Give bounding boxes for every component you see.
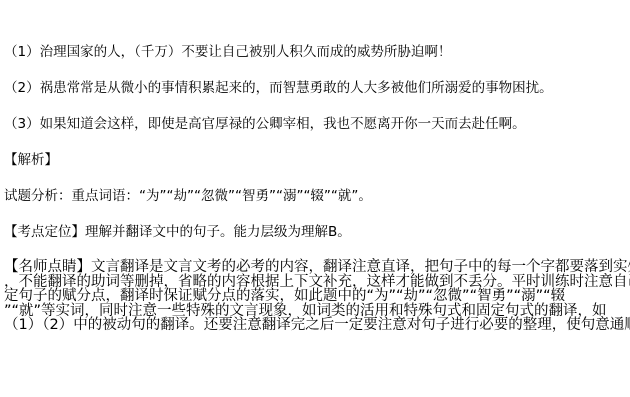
answer-line-2: （2）祸患常常是从微小的事情积累起来的，而智慧勇敢的人大多被他们所溺爱的事物困扰… [4, 80, 629, 96]
teacher-tips-line-1: 【名师点睛】文言翻译是文言文考的必考的内容，翻译注意直译，把句子中的每一个字都要… [4, 260, 629, 275]
teacher-tips-line-5: （1）（2）中的被动句的翻译。还要注意翻译完之后一定要注意对句子进行必要的整理，… [4, 318, 629, 333]
question-analysis-text: 试题分析：重点词语：“为”“劫”“忽微”“智勇”“溺”“辍”“就”。 [4, 188, 629, 204]
answer-line-3: （3）如果知道会这样，即使是高官厚禄的公卿宰相，我也不愿离开你一天而去赴任啊。 [4, 116, 629, 132]
analysis-section-header: 【解析】 [4, 152, 629, 168]
exam-point-location-text: 【考点定位】理解并翻译文中的句子。能力层级为理解B。 [4, 224, 629, 240]
exam-answer-document: （1）治理国家的人，（千万）不要让自己被别人积久而成的威势所胁迫啊！ （2）祸患… [0, 0, 630, 397]
teacher-tips-line-3: 定句子的赋分点，翻译时保证赋分点的落实，如此题中的“为”“劫”“忽微”“智勇”“… [4, 289, 629, 304]
answer-line-1: （1）治理国家的人，（千万）不要让自己被别人积久而成的威势所胁迫啊！ [4, 44, 629, 60]
teacher-tips-line-4: ”“就”等实词，同时注意一些特殊的文言现象，如词类的活用和特殊句式和固定句式的翻… [4, 304, 629, 319]
teacher-tips-line-2: ，不能翻译的助词等删掉，省略的内容根据上下文补充，这样才能做到不丢分。平时训练时… [4, 275, 629, 290]
teacher-tips-paragraph: 【名师点睛】文言翻译是文言文考的必考的内容，翻译注意直译，把句子中的每一个字都要… [4, 260, 629, 333]
